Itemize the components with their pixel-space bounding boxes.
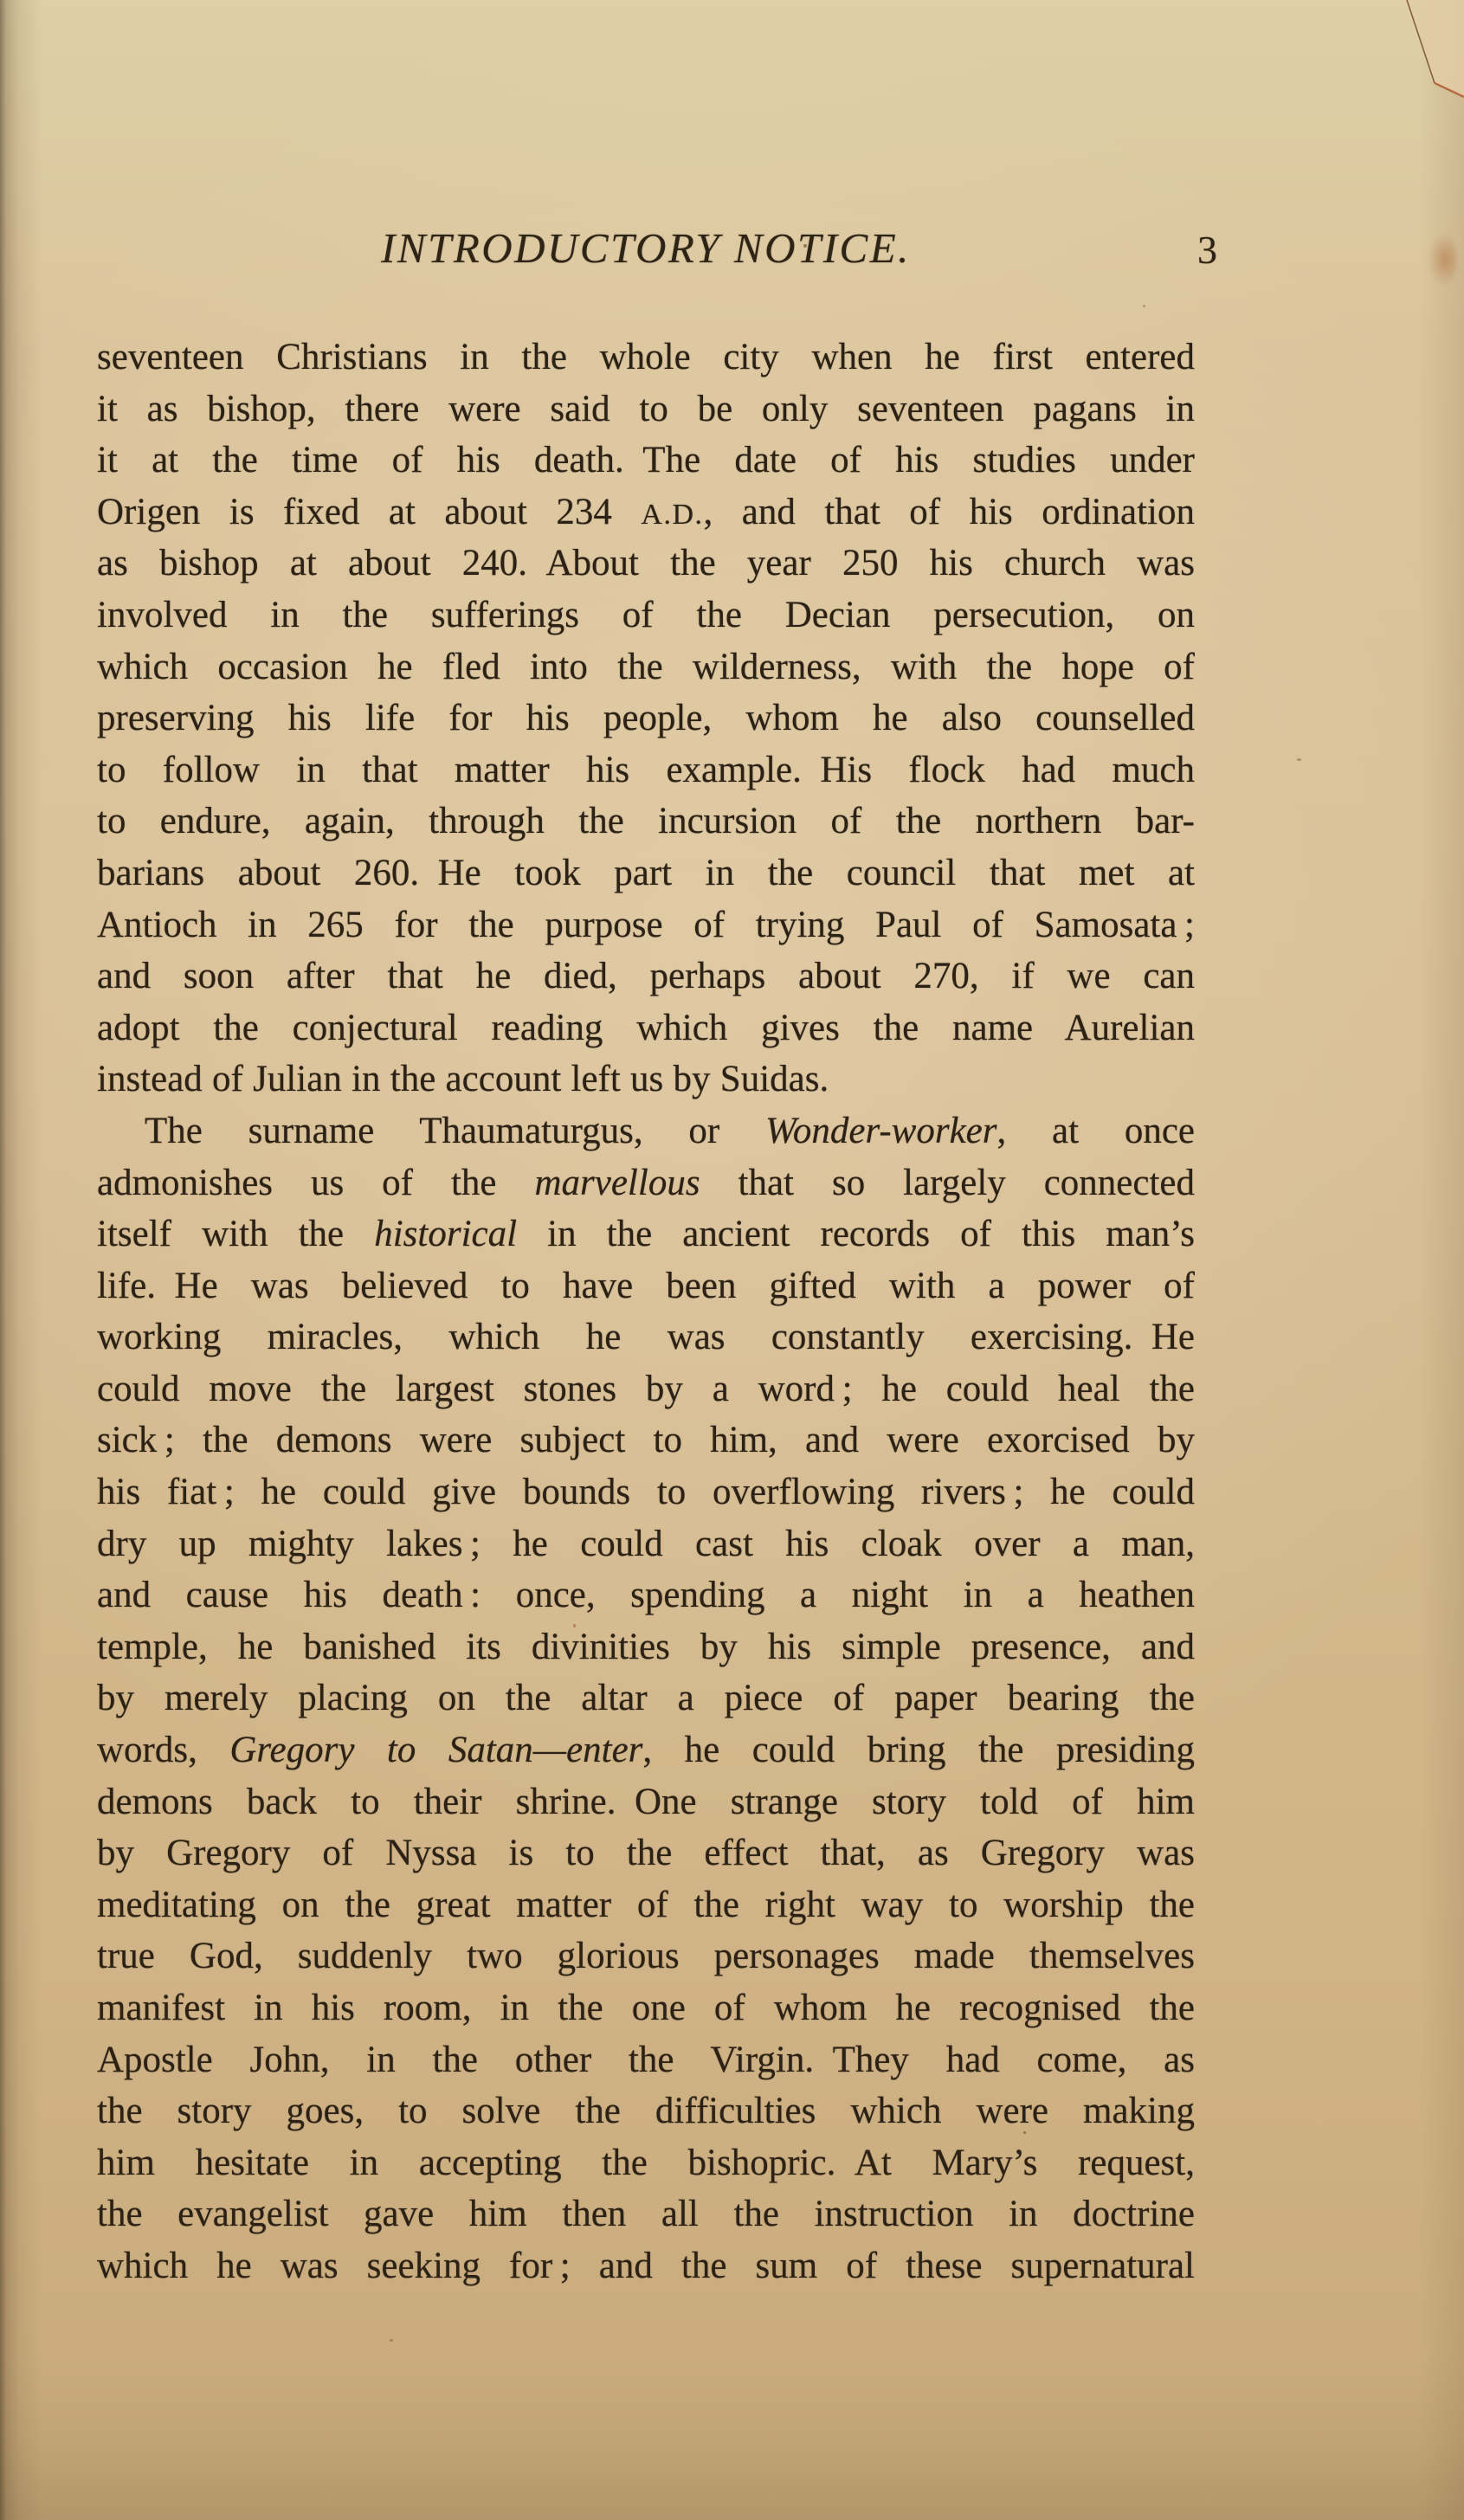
text-segment: by Gregory of Nyssa is to the effect tha…	[97, 1833, 1195, 1873]
text-segment: demons back to their shrine. One strange…	[97, 1782, 1195, 1822]
text-line: manifest in his room, in the one of whom…	[97, 1982, 1195, 2034]
text-segment-italic: Gregory to Satan—enter	[229, 1730, 642, 1770]
text-line: sick ; the demons were subject to him, a…	[97, 1415, 1195, 1466]
text-segment: and cause his death : once, spending a n…	[97, 1575, 1195, 1615]
text-segment-italic: Wonder-worker	[765, 1111, 996, 1151]
text-line: life. He was believed to have been gifte…	[97, 1260, 1195, 1312]
text-segment: The surname Thaumaturgus, or	[145, 1111, 765, 1151]
text-segment: which occasion he fled into the wilderne…	[97, 647, 1195, 687]
text-line: The surname Thaumaturgus, or Wonder-work…	[97, 1105, 1195, 1157]
text-segment-smallcaps: A.D.	[641, 499, 703, 531]
paragraph: The surname Thaumaturgus, or Wonder-work…	[97, 1105, 1195, 2292]
text-segment: working miracles, which he was constantl…	[97, 1317, 1195, 1357]
text-line: preserving his life for his people, whom…	[97, 693, 1195, 744]
paper-speck	[390, 2339, 393, 2342]
text-segment: to follow in that matter his example. Hi…	[97, 750, 1195, 790]
text-segment: , at once	[997, 1111, 1196, 1151]
text-segment: manifest in his room, in the one of whom…	[97, 1988, 1195, 2028]
paragraph: seventeen Christians in the whole city w…	[97, 332, 1195, 1105]
text-segment: barians about 260. He took part in the c…	[97, 853, 1195, 893]
text-line: which he was seeking for ; and the sum o…	[97, 2240, 1195, 2292]
text-segment: seventeen Christians in the whole city w…	[97, 337, 1195, 377]
text-line: to follow in that matter his example. Hi…	[97, 744, 1195, 796]
text-line: it as bishop, there were said to be only…	[97, 383, 1195, 435]
text-line: meditating on the great matter of the ri…	[97, 1879, 1195, 1931]
text-line: him hesitate in accepting the bishopric.…	[97, 2137, 1195, 2189]
text-segment: could move the largest stones by a word …	[97, 1369, 1195, 1409]
text-line: working miracles, which he was constantl…	[97, 1312, 1195, 1363]
text-line: instead of Julian in the account left us…	[97, 1054, 1195, 1105]
text-segment: it as bishop, there were said to be only…	[97, 389, 1195, 429]
text-line: Origen is fixed at about 234 A.D., and t…	[97, 487, 1195, 538]
text-line: Apostle John, in the other the Virgin. T…	[97, 2034, 1195, 2086]
text-line: the story goes, to solve the difficultie…	[97, 2085, 1195, 2137]
book-page: INTRODUCTORY NOTICE. 3 seventeen Christi…	[0, 0, 1464, 2520]
text-segment: as bishop at about 240. About the year 2…	[97, 543, 1195, 583]
text-segment: itself with the	[97, 1214, 374, 1254]
text-segment: the story goes, to solve the difficultie…	[97, 2091, 1195, 2131]
text-segment: admonishes us of the	[97, 1163, 534, 1203]
text-segment: that so largely connected	[700, 1163, 1195, 1203]
text-segment: sick ; the demons were subject to him, a…	[97, 1420, 1195, 1460]
page-corner-fold-shape	[1395, 0, 1464, 102]
text-line: words, Gregory to Satan—enter, he could …	[97, 1724, 1195, 1776]
text-line: involved in the sufferings of the Decian…	[97, 590, 1195, 641]
paper-smudge	[1428, 232, 1457, 287]
text-segment: dry up mighty lakes ; he could cast his …	[97, 1524, 1195, 1564]
text-segment: , and that of his ordination	[704, 492, 1195, 532]
text-line: and cause his death : once, spending a n…	[97, 1569, 1195, 1621]
text-line: which occasion he fled into the wilderne…	[97, 641, 1195, 693]
text-line: as bishop at about 240. About the year 2…	[97, 538, 1195, 590]
page-number: 3	[1197, 227, 1217, 273]
text-line: his fiat ; he could give bounds to overf…	[97, 1466, 1195, 1518]
text-segment: instead of Julian in the account left us…	[97, 1059, 829, 1099]
text-segment: involved in the sufferings of the Decian…	[97, 595, 1195, 635]
text-segment: , he could bring the presiding	[642, 1730, 1195, 1770]
text-segment: life. He was believed to have been gifte…	[97, 1266, 1195, 1306]
text-segment: to endure, again, through the incursion …	[97, 801, 1195, 841]
text-segment: in the ancient records of this man’s	[517, 1214, 1195, 1254]
text-line: true God, suddenly two glorious personag…	[97, 1930, 1195, 1982]
text-segment: Apostle John, in the other the Virgin. T…	[97, 2040, 1195, 2080]
page-header: INTRODUCTORY NOTICE. 3	[97, 223, 1195, 284]
text-line: Antioch in 265 for the purpose of trying…	[97, 899, 1195, 951]
text-line: seventeen Christians in the whole city w…	[97, 332, 1195, 383]
text-segment: meditating on the great matter of the ri…	[97, 1885, 1195, 1925]
text-line: demons back to their shrine. One strange…	[97, 1776, 1195, 1828]
text-line: it at the time of his death. The date of…	[97, 435, 1195, 487]
text-segment: true God, suddenly two glorious personag…	[97, 1936, 1195, 1976]
text-segment: his fiat ; he could give bounds to overf…	[97, 1472, 1195, 1512]
text-segment: by merely placing on the altar a piece o…	[97, 1678, 1195, 1718]
text-line: by merely placing on the altar a piece o…	[97, 1672, 1195, 1724]
text-line: temple, he banished its divinities by hi…	[97, 1621, 1195, 1673]
text-segment: Origen is fixed at about 234	[97, 492, 641, 532]
text-segment-italic: marvellous	[534, 1163, 700, 1203]
text-segment: it at the time of his death. The date of…	[97, 440, 1195, 480]
text-line: could move the largest stones by a word …	[97, 1363, 1195, 1415]
text-line: dry up mighty lakes ; he could cast his …	[97, 1518, 1195, 1570]
body-text: seventeen Christians in the whole city w…	[97, 332, 1195, 2292]
text-line: and soon after that he died, perhaps abo…	[97, 951, 1195, 1002]
text-segment: preserving his life for his people, whom…	[97, 698, 1195, 738]
text-segment: which he was seeking for ; and the sum o…	[97, 2246, 1195, 2286]
text-segment: him hesitate in accepting the bishopric.…	[97, 2143, 1195, 2183]
text-line: the evangelist gave him then all the ins…	[97, 2188, 1195, 2240]
text-line: admonishes us of the marvellous that so …	[97, 1157, 1195, 1209]
text-line: itself with the historical in the ancien…	[97, 1208, 1195, 1260]
paper-speck	[1297, 758, 1301, 761]
text-line: barians about 260. He took part in the c…	[97, 848, 1195, 899]
text-line: adopt the conjectural reading which give…	[97, 1002, 1195, 1054]
text-segment: words,	[97, 1730, 229, 1770]
text-segment: Antioch in 265 for the purpose of trying…	[97, 905, 1195, 945]
text-line: by Gregory of Nyssa is to the effect tha…	[97, 1827, 1195, 1879]
text-segment-italic: historical	[374, 1214, 517, 1254]
text-segment: temple, he banished its divinities by hi…	[97, 1627, 1195, 1667]
text-segment: the evangelist gave him then all the ins…	[97, 2194, 1195, 2234]
paper-speck	[1143, 305, 1145, 307]
page-corner-fold	[1395, 0, 1464, 102]
text-segment: adopt the conjectural reading which give…	[97, 1008, 1195, 1048]
text-segment: and soon after that he died, perhaps abo…	[97, 956, 1195, 996]
text-line: to endure, again, through the incursion …	[97, 796, 1195, 848]
running-title: INTRODUCTORY NOTICE.	[381, 224, 911, 272]
